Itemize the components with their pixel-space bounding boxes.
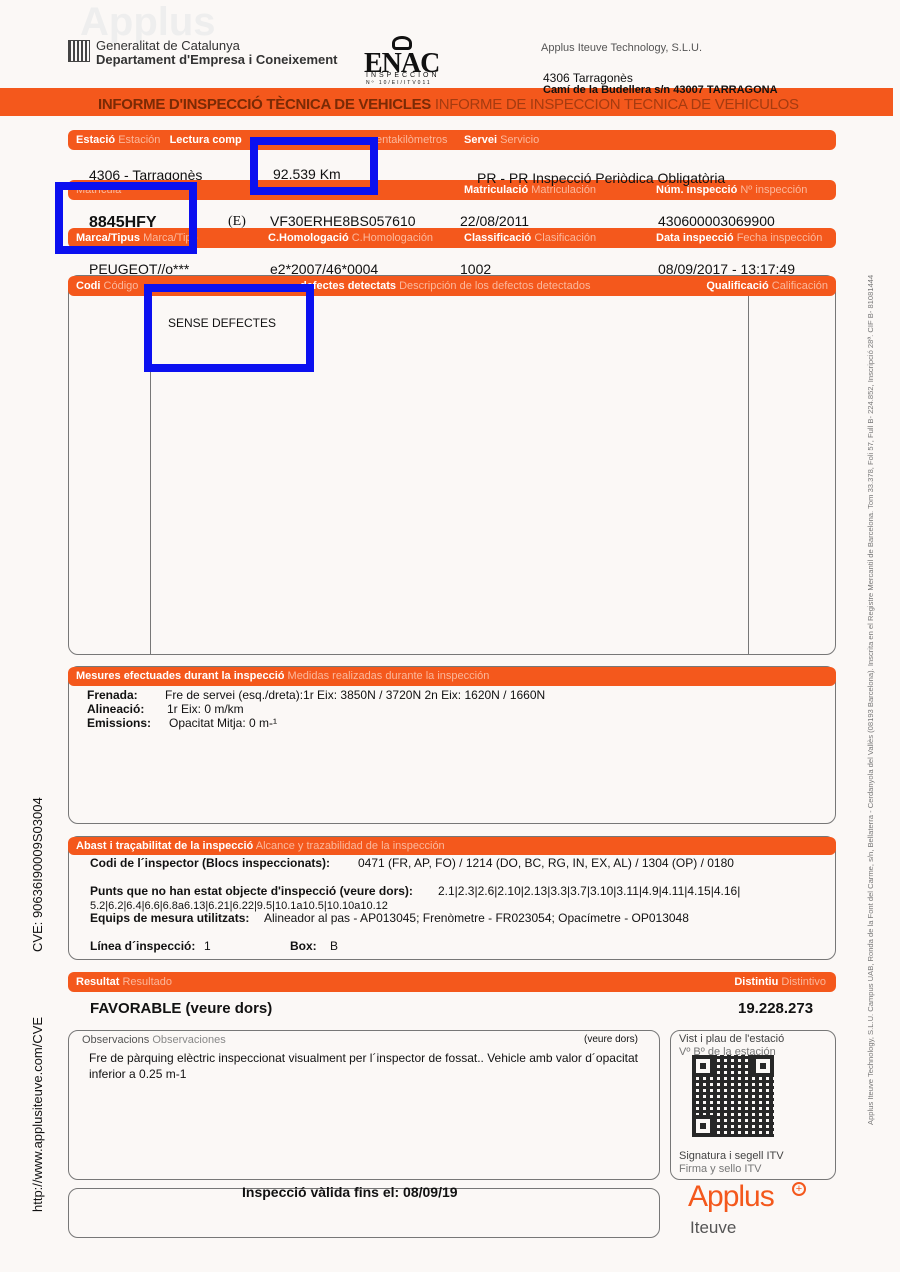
applus-plus-icon: +: [792, 1182, 806, 1196]
station-address: Camí de la Budellera s/n 43007 TARRAGONA: [543, 84, 778, 96]
redaction-plate: [55, 182, 197, 254]
title-es: INFORME DE INSPECCION TECNICA DE VEHICUL…: [435, 96, 799, 113]
gov-line2: Departament d'Empresa i Coneixement: [96, 52, 338, 67]
enac-sub2: Nº 10/EI/ITV011: [366, 80, 432, 86]
cve-code: CVE: 90636I90009S03004: [30, 797, 45, 952]
label-bar-measures: Mesures efectuades durant la inspecció M…: [68, 667, 836, 686]
badge-number: 19.228.273: [738, 1000, 813, 1017]
defects-col-divider-right: [748, 296, 749, 654]
result-value: FAVORABLE (veure dors): [90, 1000, 272, 1017]
report-title: INFORME D'INSPECCIÓ TÈCNICA DE VEHICLES …: [98, 96, 799, 113]
qr-code-icon: [692, 1055, 774, 1137]
validity-text: Inspecció vàlida fins el: 08/09/19: [242, 1184, 458, 1200]
observations-see-back: (veure dors): [584, 1034, 638, 1045]
equipment-value: Alineador al pas - AP013045; Frenòmetre …: [264, 911, 689, 925]
inspection-number-value: 430600003069900: [658, 213, 775, 229]
observations-text: Fre de pàrquing elèctric inspeccionat vi…: [89, 1050, 649, 1082]
redaction-odometer: [250, 137, 378, 195]
vin-value: VF30ERHE8BS057610: [270, 213, 416, 229]
applus-logo: Applus +: [688, 1180, 774, 1214]
label-bar-row1: Estació Estación Lectura comp entakilòme…: [68, 130, 836, 150]
company-name: Applus Iteuve Technology, S.L.U.: [541, 42, 702, 54]
generalitat-logo-icon: [68, 40, 90, 62]
registration-date-value: 22/08/2011: [460, 213, 529, 229]
not-inspected-value1: 2.1|2.3|2.6|2.10|2.13|3.3|3.7|3.10|3.11|…: [438, 884, 740, 898]
inspector-label: Codi de l´inspector (Blocs inspeccionats…: [90, 856, 330, 870]
line-value: 1: [204, 939, 211, 953]
observations-label: Observacions Observaciones: [82, 1034, 226, 1046]
inspector-value: 0471 (FR, AP, FO) / 1214 (DO, BC, RG, IN…: [358, 856, 734, 870]
station-stamp-ca: Vist i plau de l'estació: [679, 1033, 784, 1045]
redaction-defects: [144, 284, 314, 372]
signature-es: Firma y sello ITV: [679, 1163, 762, 1175]
signature-ca: Signatura i segell ITV: [679, 1150, 784, 1162]
line-label: Línea d´inspecció:: [90, 939, 195, 953]
equipment-label: Equips de mesura utilitzats:: [90, 911, 249, 925]
label-bar-result: Resultat Resultado Distintiu Distintivo: [68, 972, 836, 992]
measure-brake: Frenada:Fre de servei (esq./dreta):1r Ei…: [87, 688, 545, 702]
applus-brand: Applus: [688, 1180, 774, 1213]
service-value: PR - PR Inspecció Periòdica Obligatòria: [477, 170, 725, 186]
measure-alignment: Alineació:1r Eix: 0 m/km: [87, 702, 244, 716]
title-ca: INFORME D'INSPECCIÓ TÈCNICA DE VEHICLES: [98, 96, 431, 113]
cve-url[interactable]: http://www.applusiteuve.com/CVE: [30, 1017, 45, 1212]
enac-sub1: INSPECCIÓN: [366, 72, 440, 79]
box-label: Box:: [290, 939, 317, 953]
station-name: 4306 Tarragonès: [543, 71, 633, 85]
applus-sub: Iteuve: [690, 1218, 736, 1238]
legal-text: Applus Iteuve Technology, S.L.U. Campus …: [866, 275, 875, 1125]
box-value: B: [330, 939, 338, 953]
label-bar-scope: Abast i traçabilitat de la inspecció Alc…: [68, 837, 836, 855]
measure-emissions: Emissions:Opacitat Mitja: 0 m-¹: [87, 716, 277, 730]
not-inspected-label: Punts que no han estat objecte d'inspecc…: [90, 884, 413, 898]
gov-line1: Generalitat de Catalunya: [96, 38, 240, 53]
